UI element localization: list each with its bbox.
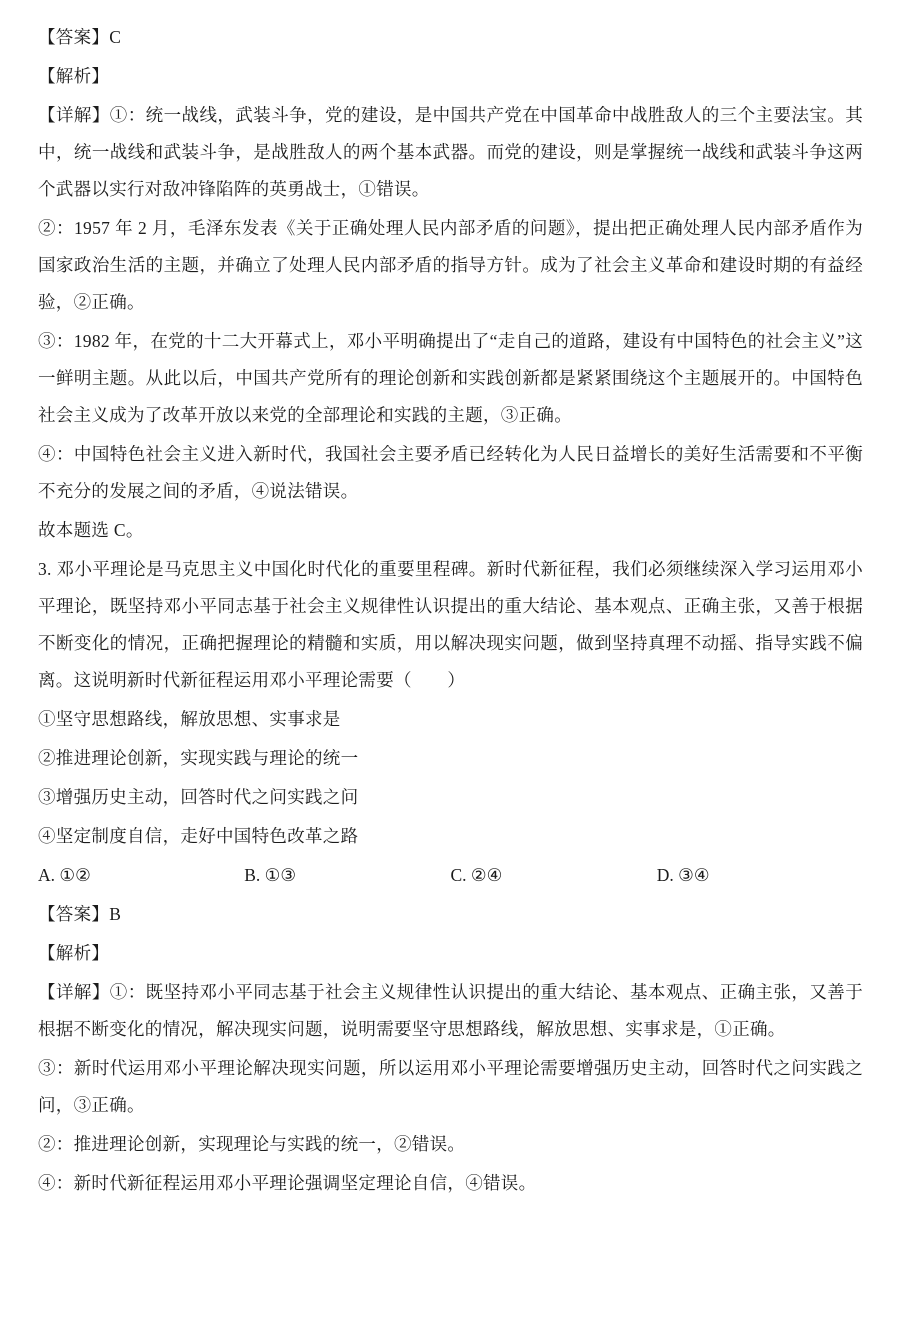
q2-detail-point-1: 【详解】①：统一战线，武装斗争，党的建设，是中国共产党在中国革命中战胜敌人的三个… (38, 97, 863, 208)
q3-statement-2: ②推进理论创新，实现实践与理论的统一 (38, 740, 863, 777)
q3-analysis-label: 【解析】 (38, 935, 863, 972)
q2-conclusion: 故本题选 C。 (38, 512, 863, 549)
q3-choice-d: D. ③④ (657, 857, 863, 894)
q3-answer-label: 【答案】B (38, 896, 863, 933)
q2-analysis-label: 【解析】 (38, 58, 863, 95)
q2-detail-point-3: ③：1982 年，在党的十二大开幕式上，邓小平明确提出了“走自己的道路，建设有中… (38, 323, 863, 434)
q3-detail-point-1: 【详解】①：既坚持邓小平同志基于社会主义规律性认识提出的重大结论、基本观点、正确… (38, 974, 863, 1048)
q3-choice-a: A. ①② (38, 857, 244, 894)
q2-detail-point-4: ④：中国特色社会主义进入新时代，我国社会主要矛盾已经转化为人民日益增长的美好生活… (38, 436, 863, 510)
q2-detail-point-2: ②：1957 年 2 月，毛泽东发表《关于正确处理人民内部矛盾的问题》，提出把正… (38, 210, 863, 321)
q3-choice-b: B. ①③ (244, 857, 450, 894)
q3-detail-point-4: ④：新时代新征程运用邓小平理论强调坚定理论自信，④错误。 (38, 1165, 863, 1202)
q3-detail-point-3: ③：新时代运用邓小平理论解决现实问题，所以运用邓小平理论需要增强历史主动，回答时… (38, 1050, 863, 1124)
document-page: 【答案】C 【解析】 【详解】①：统一战线，武装斗争，党的建设，是中国共产党在中… (0, 0, 900, 1326)
q3-question-stem: 3. 邓小平理论是马克思主义中国化时代化的重要里程碑。新时代新征程，我们必须继续… (38, 551, 863, 699)
q3-detail-point-2: ②：推进理论创新，实现理论与实践的统一，②错误。 (38, 1126, 863, 1163)
q3-choices-row: A. ①② B. ①③ C. ②④ D. ③④ (38, 857, 863, 894)
q3-statement-4: ④坚定制度自信，走好中国特色改革之路 (38, 818, 863, 855)
q3-choice-c: C. ②④ (451, 857, 657, 894)
q2-answer-label: 【答案】C (38, 19, 863, 56)
q3-statement-1: ①坚守思想路线，解放思想、实事求是 (38, 701, 863, 738)
q3-statement-3: ③增强历史主动，回答时代之问实践之问 (38, 779, 863, 816)
